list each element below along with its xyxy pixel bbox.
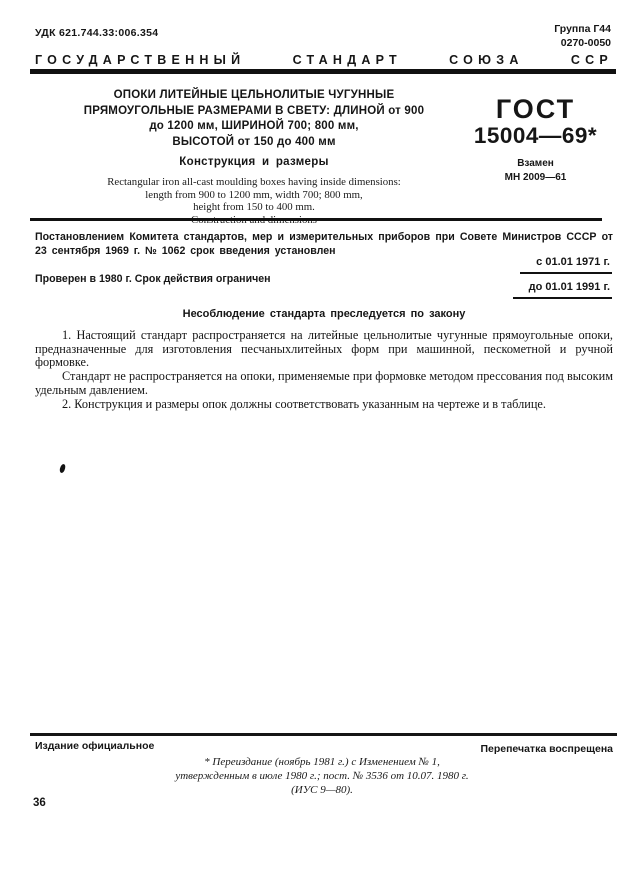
checked-statement: Проверен в 1980 г. Срок действия огранич… [35,273,271,285]
footnote-line: * Переиздание (ноябрь 1981 г.) с Изменен… [112,756,532,770]
standard-body: 1. Настоящий стандарт распространяется н… [35,329,613,411]
group-code: 0270-0050 [554,37,611,51]
effective-from-date: с 01.01 1971 г. [520,256,612,274]
body-paragraph-2: Стандарт не распространяется на опоки, п… [35,370,613,397]
effective-to-date: до 01.01 1991 г. [513,281,612,299]
state-standard-banner: ГОСУДАРСТВЕННЫЙ СТАНДАРТ СОЮЗА ССР [35,53,613,67]
title-en-line: height from 150 to 400 mm. [58,201,450,214]
title-line: ПРЯМОУГОЛЬНЫЕ РАЗМЕРАМИ В СВЕТУ: ДЛИНОЙ … [58,104,450,120]
edition-official-label: Издание официальное [35,740,154,752]
body-paragraph-3: 2. Конструкция и размеры опок должны соо… [35,398,613,412]
banner-word: ГОСУДАРСТВЕННЫЙ [35,53,245,67]
gost-number: 15004—69* [458,123,613,149]
footnote-line: утвержденным в июле 1980 г.; пост. № 353… [112,770,532,784]
law-notice: Несоблюдение стандарта преследуется по з… [35,308,613,320]
ink-speck-artifact [59,464,66,474]
gost-replaces: Взамен МН 2009—61 [458,157,613,184]
decree-paragraph: Постановлением Комитета стандартов, мер … [35,231,613,258]
footer-rule [30,733,617,736]
title-russian: ОПОКИ ЛИТЕЙНЫЕ ЦЕЛЬНОЛИТЫЕ ЧУГУННЫЕ ПРЯМ… [58,88,450,150]
banner-word: ССР [571,53,613,67]
footnote-line: (ИУС 9—80). [112,784,532,798]
replaces-value: МН 2009—61 [458,171,613,185]
banner-word: СТАНДАРТ [293,53,402,67]
banner-word: СОЮЗА [449,53,523,67]
title-en-line: Rectangular iron all-cast moulding boxes… [58,176,450,189]
gost-number-block: ГОСТ 15004—69* Взамен МН 2009—61 [458,95,613,184]
title-block: ОПОКИ ЛИТЕЙНЫЕ ЦЕЛЬНОЛИТЫЕ ЧУГУННЫЕ ПРЯМ… [58,88,450,226]
gost-label: ГОСТ [458,95,613,123]
group-block: Группа Г44 0270-0050 [554,23,611,50]
document-page: УДК 621.744.33:006.354 Группа Г44 0270-0… [0,0,644,870]
title-subtitle: Конструкция и размеры [58,156,450,168]
title-line: до 1200 мм, ШИРИНОЙ 700; 800 мм, [58,119,450,135]
title-en-line: length from 900 to 1200 mm, width 700; 8… [58,189,450,202]
title-line: ОПОКИ ЛИТЕЙНЫЕ ЦЕЛЬНОЛИТЫЕ ЧУГУННЫЕ [58,88,450,104]
title-line: ВЫСОТОЙ от 150 до 400 мм [58,135,450,151]
udk-classifier: УДК 621.744.33:006.354 [35,27,158,39]
replaces-label: Взамен [458,157,613,171]
reissue-footnote: * Переиздание (ноябрь 1981 г.) с Изменен… [112,756,532,797]
title-separator-rule [30,218,602,221]
body-paragraph-1: 1. Настоящий стандарт распространяется н… [35,329,613,370]
reprint-forbidden-label: Перепечатка воспрещена [480,743,613,755]
page-number: 36 [33,797,46,809]
group-label: Группа Г44 [554,23,611,37]
banner-rule [30,69,616,74]
